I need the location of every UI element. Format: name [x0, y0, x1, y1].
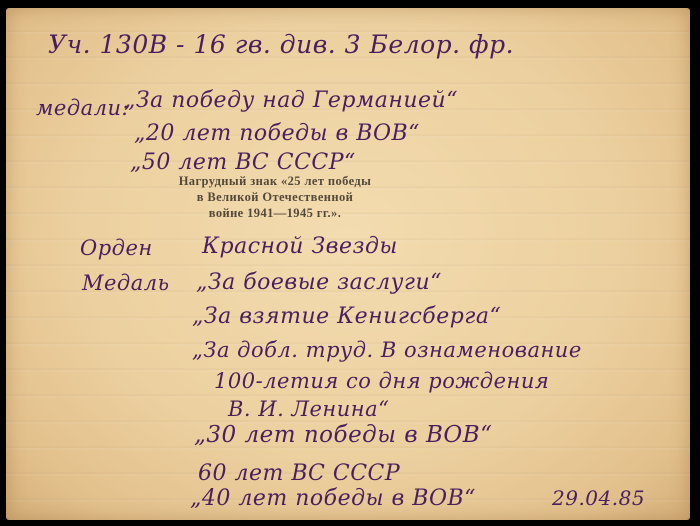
printed-stamp-line: Нагрудный знак «25 лет победы — [140, 174, 410, 189]
medal-item: „30 лет победы в ВОВ“ — [194, 422, 492, 448]
medal-label: Медаль — [82, 271, 170, 295]
medals-label: медали: — [36, 96, 129, 120]
award-card: Уч. 130В - 16 гв. див. 3 Белор. фр. меда… — [6, 8, 690, 520]
medal-item: „За боевые заслуги“ — [196, 270, 442, 295]
medal-item: 100-летия со дня рождения — [214, 369, 549, 393]
header-line: Уч. 130В - 16 гв. див. 3 Белор. фр. — [48, 30, 514, 59]
date: 29.04.85 — [552, 486, 645, 510]
medal-item: „40 лет победы в ВОВ“ — [190, 486, 476, 511]
medal-item: 60 лет ВС СССР — [198, 461, 400, 486]
printed-stamp-line: в Великой Отечественной — [140, 190, 410, 205]
order-name: Красной Звезды — [202, 234, 398, 259]
medal-entry: „50 лет ВС СССР“ — [130, 150, 356, 175]
printed-stamp-line: войне 1941—1945 гг.». — [140, 206, 410, 221]
medal-entry: „20 лет победы в ВОВ“ — [134, 121, 420, 146]
order-label: Орден — [80, 236, 153, 260]
medal-item: „За добл. труд. В ознаменование — [192, 338, 582, 362]
medal-item: В. И. Ленина“ — [228, 397, 389, 421]
medal-entry: „За победу над Германией“ — [124, 88, 458, 113]
medal-item: „За взятие Кенигсберга“ — [192, 304, 501, 329]
